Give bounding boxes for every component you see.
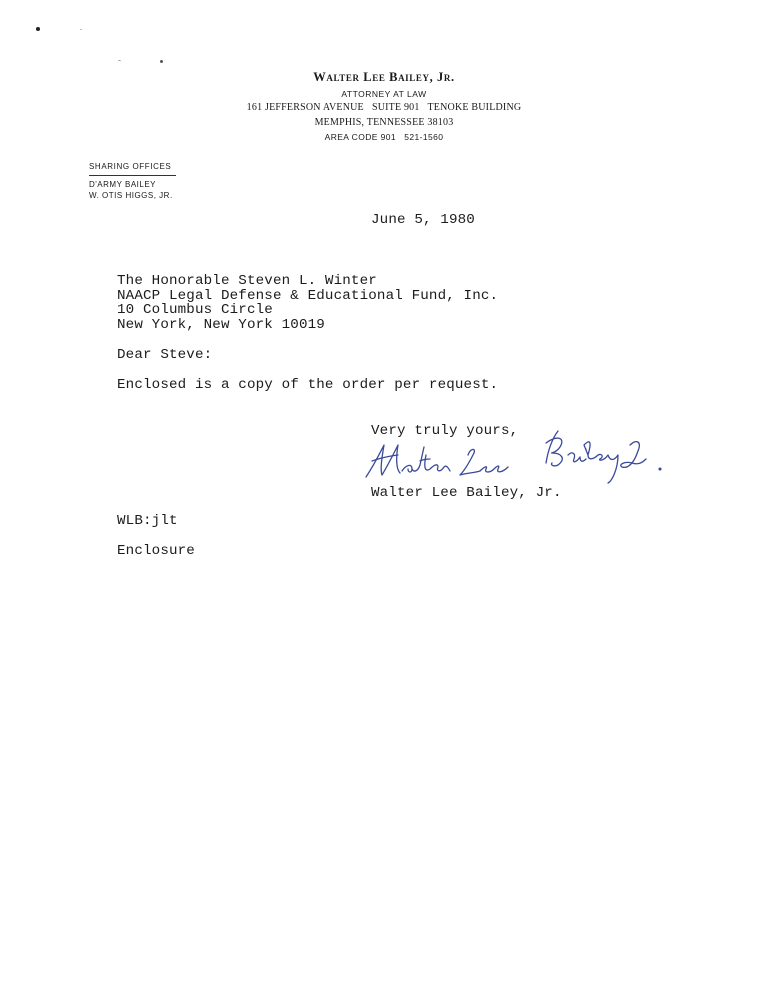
letterhead-city: MEMPHIS, TENNESSEE 38103 — [0, 117, 768, 128]
scan-speck — [80, 29, 82, 30]
reference-initials: WLB:jlt — [117, 513, 178, 529]
sharing-offices-divider — [89, 175, 176, 176]
sharing-offices-heading: SHARING OFFICES — [89, 162, 171, 171]
letterhead-title: ATTORNEY AT LAW — [0, 89, 768, 99]
salutation: Dear Steve: — [117, 347, 212, 363]
letter-date: June 5, 1980 — [371, 212, 475, 228]
scan-speck — [118, 60, 121, 61]
signatory-name: Walter Lee Bailey, Jr. — [371, 485, 562, 501]
letterhead-phone: AREA CODE 901 521-1560 — [0, 132, 768, 142]
recipient-line: The Honorable Steven L. Winter — [117, 273, 377, 289]
letterhead-address: 161 JEFFERSON AVENUE SUITE 901 TENOKE BU… — [0, 102, 768, 113]
scan-speck — [160, 60, 163, 63]
letter-body: Enclosed is a copy of the order per requ… — [117, 377, 498, 393]
recipient-line: 10 Columbus Circle — [117, 302, 273, 318]
enclosure-notation: Enclosure — [117, 543, 195, 559]
letterhead-name: Walter Lee Bailey, Jr. — [0, 70, 768, 85]
sharing-office-name: W. OTIS HIGGS, JR. — [89, 191, 173, 200]
recipient-line: New York, New York 10019 — [117, 317, 325, 333]
sharing-office-name: D'ARMY BAILEY — [89, 180, 156, 189]
scan-speck — [36, 27, 40, 31]
